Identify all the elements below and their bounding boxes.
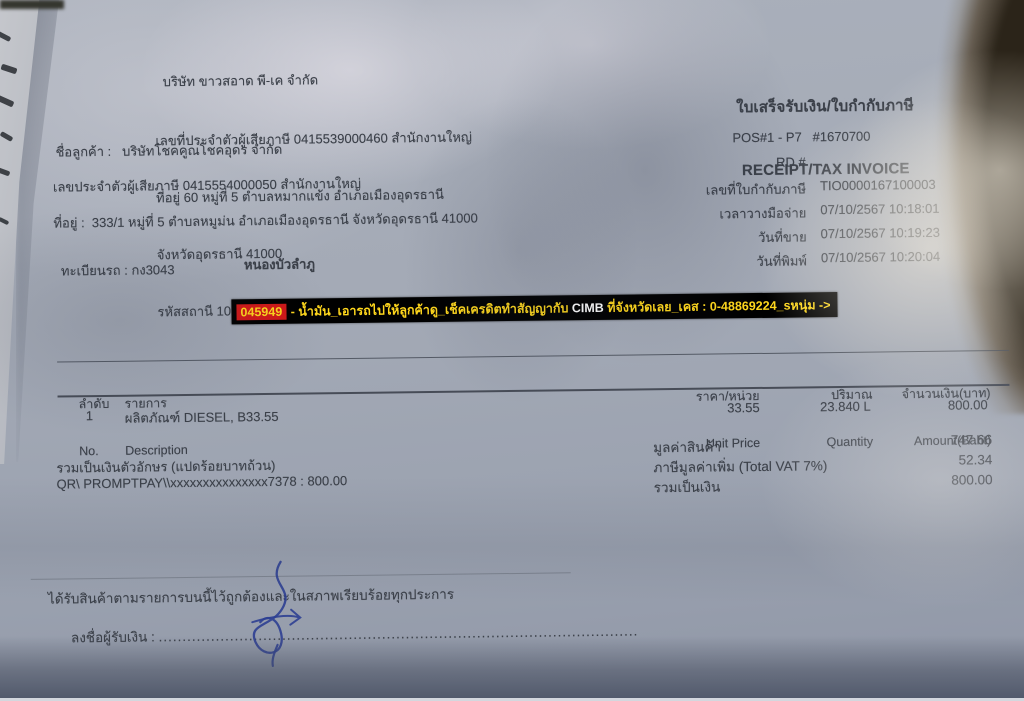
nozzle-time-value: 07/10/2567 10:18:01 [820,201,939,217]
case-code-badge: 045949 [236,303,286,320]
item-row-quantity: 23.840 L [761,399,871,415]
banner-contact: 0-48869224_sหนุ่ม -> [710,295,831,316]
subtotal-value: 747.66 [874,432,992,448]
receipt-content: บริษัท ขาวสอาด พี-เค จำกัด เลขที่ประจำตั… [0,0,1024,701]
rd-value: . [820,154,824,169]
tax-invoice-no-value: TIO0000167100003 [820,177,936,193]
item-row-description: ผลิตภัณฑ์ DIESEL, B33.55 [125,406,279,429]
grand-total-value: 800.00 [875,472,993,488]
sale-date-value: 07/10/2567 10:19:23 [821,225,940,241]
item-row-amount: 800.00 [868,397,988,413]
document-title-thai: ใบเสร็จรับเงิน/ใบกำกับภาษี [697,95,953,119]
column-header-no-thai: ลำดับ [79,397,110,413]
banner-text-1: - น้ำมัน_เอารถไปให้ลูกค้าดู_เช็คเครดิตทำ… [287,298,572,321]
handwritten-signature [235,558,312,669]
item-row-unit-price: 33.55 [640,400,760,416]
signature-dotted-line: ........................................… [158,623,638,644]
pos-terminal-line: POS#1 - P7 #1670700 [732,129,870,146]
banner-brand-cimb: CIMB [572,300,604,314]
item-row-no: 1 [86,408,93,423]
receipt-photo: บริษัท ขาวสอาด พี-เค จำกัด เลขที่ประจำตั… [0,0,1024,701]
banner-text-2: ที่จังหวัดเลย_เคส : [604,296,710,317]
print-date-value: 07/10/2567 10:20:04 [821,249,940,265]
vat-label: ภาษีมูลค่าเพิ่ม (Total VAT 7%) [653,454,827,478]
customer-name: ชื่อลูกค้า : บริษัทโชคคูณโชคอุดร จำกัด [55,139,282,163]
grand-total-label: รวมเป็นเงิน [654,475,721,498]
vat-value: 52.34 [874,452,992,468]
promptpay-qr-line: QR\ PROMPTPAY\\xxxxxxxxxxxxxxx7378 : 800… [57,473,348,492]
payee-signature-line: ลงชื่อผู้รับเงิน : .....................… [48,604,638,663]
payee-signature-label: ลงชื่อผู้รับเงิน : [71,629,159,645]
vendor-name: บริษัท ขาวสอาด พี-เค จำกัด [163,68,472,91]
